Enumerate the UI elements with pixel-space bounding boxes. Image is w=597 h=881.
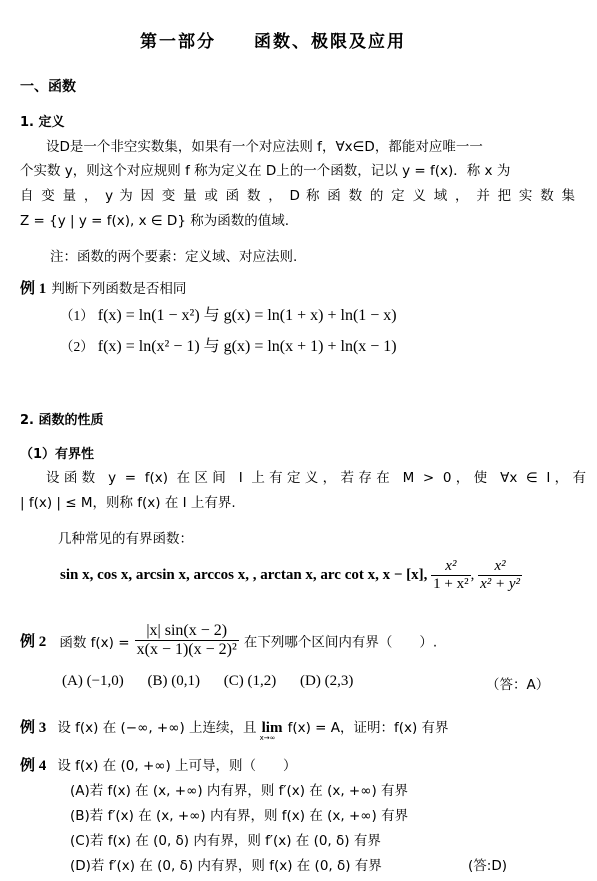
formula: f(x) = ln(x² − 1) 与 g(x) = ln(x + 1) + l… [98, 338, 397, 355]
example-4-option-d: (D)若 f′(x) 在 (0, δ) 内有界，则 f(x) 在 (0, δ) … [70, 854, 382, 874]
definition-line-4: Z = {y | y = f(x), x ∈ D} 称为函数的值域. [20, 209, 289, 229]
definition-line-1: 设D是一个非空实数集，如果有一个对应法则 f，∀x∈D，都能对应唯一一 [46, 135, 483, 155]
example-1: 例 1 判断下列函数是否相同 [20, 277, 186, 298]
boundedness-line-2: | f(x) | ≤ M，则称 f(x) 在 I 上有界. [20, 491, 236, 511]
example-4: 例 4 设 f(x) 在 (0, +∞) 上可导，则（ ） [20, 754, 297, 775]
example-2-options: (A) (−1,0) (B) (0,1) (C) (1,2) (D) (2,3) [62, 673, 353, 690]
subsection-heading-properties: 2. 函数的性质 [20, 409, 104, 428]
option-c: (C) (1,2) [224, 673, 277, 689]
formula: f(x) = ln(1 − x²) 与 g(x) = ln(1 + x) + l… [98, 307, 397, 324]
subsection-heading-definition: 1. 定义 [20, 111, 65, 130]
example-4-answer: (答:D) [468, 854, 507, 874]
definition-line-3: 自 变 量 ， y 为 因 变 量 或 函 数 ， D 称 函 数 的 定 义 … [20, 184, 575, 204]
common-bounded-functions: sin x, cos x, arcsin x, arccos x, , arct… [60, 558, 522, 593]
example-3: 例 3 设 f(x) 在 (−∞, +∞) 上连续，且 lim x→∞ f(x)… [20, 716, 449, 737]
fraction-2: x² x² + y² [478, 558, 522, 593]
example-question: 判断下列函数是否相同 [51, 281, 186, 297]
example-1-item-1: （1） f(x) = ln(1 − x²) 与 g(x) = ln(1 + x)… [60, 302, 397, 325]
example-label: 例 2 [20, 634, 46, 650]
property-heading-boundedness: （1）有界性 [20, 443, 94, 462]
example-4-option-b: (B)若 f′(x) 在 (x, +∞) 内有界，则 f(x) 在 (x, +∞… [70, 804, 408, 824]
example-2-answer: （答：A） [486, 673, 549, 693]
function-list: sin x, cos x, arcsin x, arccos x, , arct… [60, 567, 427, 583]
example-label: 例 3 [20, 720, 46, 736]
example-4-option-a: (A)若 f(x) 在 (x, +∞) 内有界，则 f′(x) 在 (x, +∞… [70, 779, 408, 799]
example-4-option-c: (C)若 f(x) 在 (0, δ) 内有界，则 f′(x) 在 (0, δ) … [70, 829, 381, 849]
definition-line-2: 个实数 y，则这个对应规则 f 称为定义在 D上的一个函数，记以 y = f(x… [20, 159, 510, 179]
section-heading-functions: 一、函数 [20, 76, 76, 96]
example-label: 例 1 [20, 281, 46, 297]
option-a: (A) (−1,0) [62, 673, 124, 689]
example-1-item-2: （2） f(x) = ln(x² − 1) 与 g(x) = ln(x + 1)… [60, 333, 397, 356]
page-title: 第一部分 函数、极限及应用 [140, 27, 406, 52]
limit-operator: lim x→∞ [262, 717, 283, 737]
fraction-1: x² 1 + x² [431, 558, 470, 593]
function-fraction: |x| sin(x − 2) x(x − 1)(x − 2)² [135, 622, 239, 659]
common-bounded-label: 几种常见的有界函数： [58, 527, 193, 547]
option-d: (D) (2,3) [300, 673, 353, 689]
example-label: 例 4 [20, 758, 46, 774]
boundedness-line-1: 设函数 y = f(x) 在区间 I 上有定义，若存在 M > 0，使 ∀x ∈… [46, 466, 586, 486]
example-2: 例 2 函数 f(x) = |x| sin(x − 2) x(x − 1)(x … [20, 622, 437, 659]
definition-note: 注：函数的两个要素：定义域、对应法则. [50, 245, 297, 265]
option-b: (B) (0,1) [148, 673, 201, 689]
